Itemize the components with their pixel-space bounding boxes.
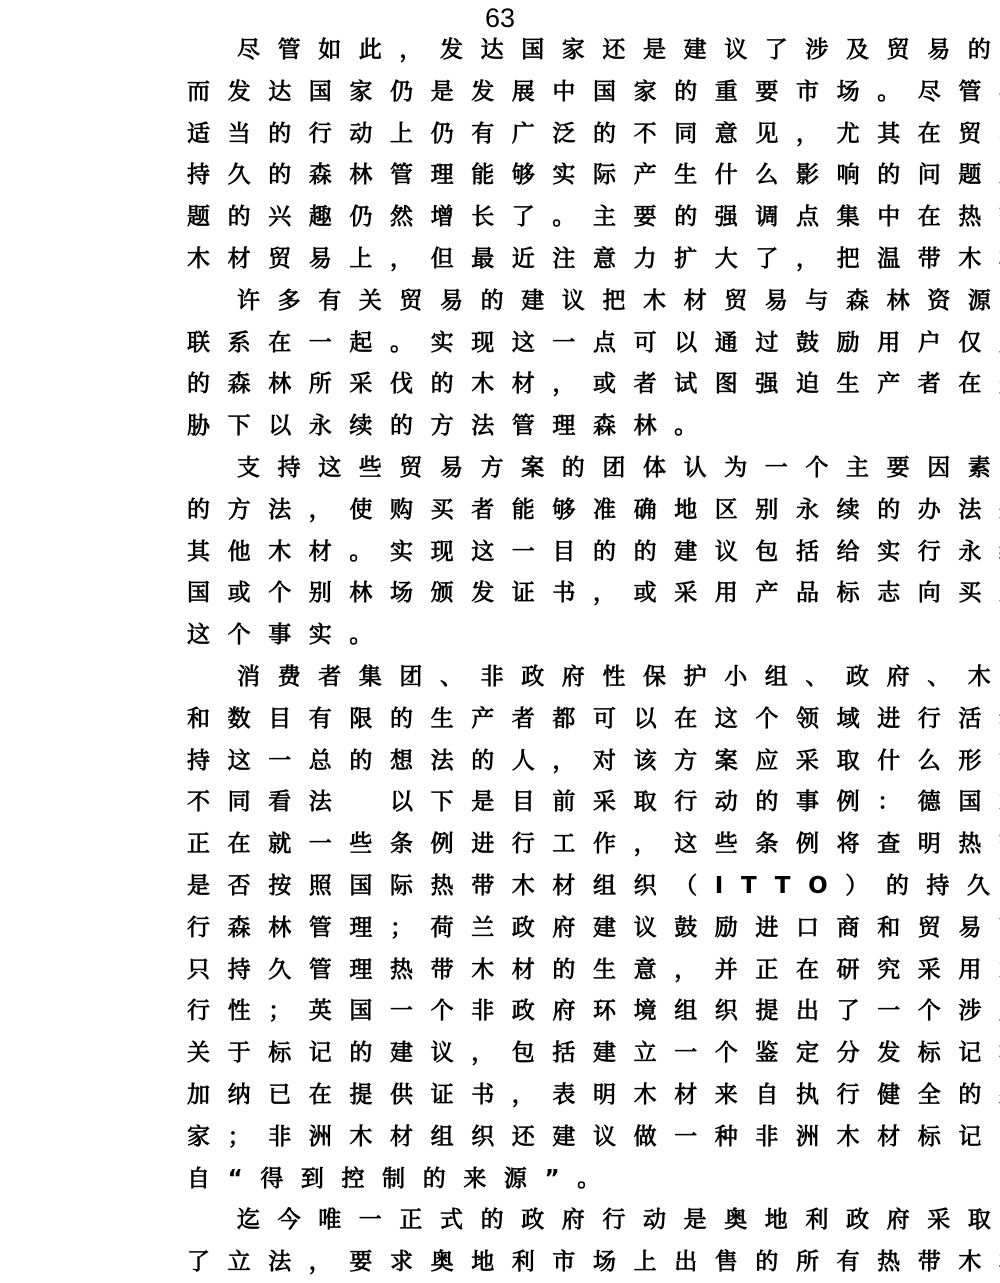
text-line: 只持久管理热带木材的生意，并正在研究采用木材标记的可 [187, 950, 859, 992]
text-line: 是否按照国际热带木材组织（ITTO）的持久管理指导方针进 [187, 866, 859, 908]
text-line: 消费者集团、非政府性保护小组、政府、木材贸易小组 [187, 657, 859, 699]
text-line: 许多有关贸易的建议把木材贸易与森林资源的持久管理 [187, 281, 859, 323]
text-line: 联系在一起。实现这一点可以通过鼓励用户仅购买永续管理 [187, 323, 859, 365]
text-line: 自“得到控制的来源”。 [187, 1159, 859, 1201]
text-line: 行性；英国一个非政府环境组织提出了一个涉及所有木材的 [187, 991, 859, 1033]
text-line: 而发达国家仍是发展中国家的重要市场。尽管在要采取的最 [187, 72, 859, 114]
text-line: 和数目有限的生产者都可以在这个领域进行活动，但即使支 [187, 699, 859, 741]
text-line: 的方法，使购买者能够准确地区别永续的办法生产的木材与 [187, 490, 859, 532]
text-line: 家；非洲木材组织还建议做一种非洲木材标记，表明木材来 [187, 1117, 859, 1159]
text-line: 胁下以永续的方法管理森林。 [187, 406, 859, 448]
text-line: 关于标记的建议，包括建立一个鉴定分发标记机构的团体； [187, 1033, 859, 1075]
text-line: 加纳已在提供证书，表明木材来自执行健全的森林做法的国 [187, 1075, 859, 1117]
text-line: 国或个别林场颁发证书，或采用产品标志向买主和用户表明 [187, 573, 859, 615]
text-line: 的森林所采伐的木材，或者试图强迫生产者在失去市场的威 [187, 364, 859, 406]
text-line: 题的兴趣仍然增长了。主要的强调点集中在热带森林和热带 [187, 197, 859, 239]
text-line: 尽管如此，发达国家还是建议了涉及贸易的若干行动， [187, 30, 859, 72]
text-line: 适当的行动上仍有广泛的不同意见，尤其在贸易措施对鼓励 [187, 114, 859, 156]
text-line: 木材贸易上，但最近注意力扩大了，把温带木材也包括在内 [187, 239, 859, 281]
text-line: 这个事实。 [187, 615, 859, 657]
text-line: 迄今唯一正式的政府行动是奥地利政府采取的，它通过 [187, 1200, 859, 1242]
text-line: 正在就一些条例进行工作，这些条例将查明热带木材的来源 [187, 824, 859, 866]
text-line: 其他木材。实现这一目的的建议包括给实行永续管理的生产 [187, 532, 859, 574]
text-line: 支持这些贸易方案的团体认为一个主要因素是一种明确 [187, 448, 859, 490]
text-line: 持这一总的想法的人，对该方案应采取什么形式和方式也有 [187, 741, 859, 783]
text-line: 不同看法 以下是目前采取行动的事例：德国木材贸易集团 [187, 782, 859, 824]
text-line: 持久的森林管理能够实际产生什么影响的问题上，对贸易问 [187, 155, 859, 197]
document-body: 尽管如此，发达国家还是建议了涉及贸易的若干行动， 而发达国家仍是发展中国家的重要… [187, 30, 859, 1283]
text-line: 了立法，要求奥地利市场上出售的所有热带木材和产品都要 [187, 1242, 859, 1283]
text-line: 行森林管理；荷兰政府建议鼓励进口商和贸易商从1995年起 [187, 908, 859, 950]
